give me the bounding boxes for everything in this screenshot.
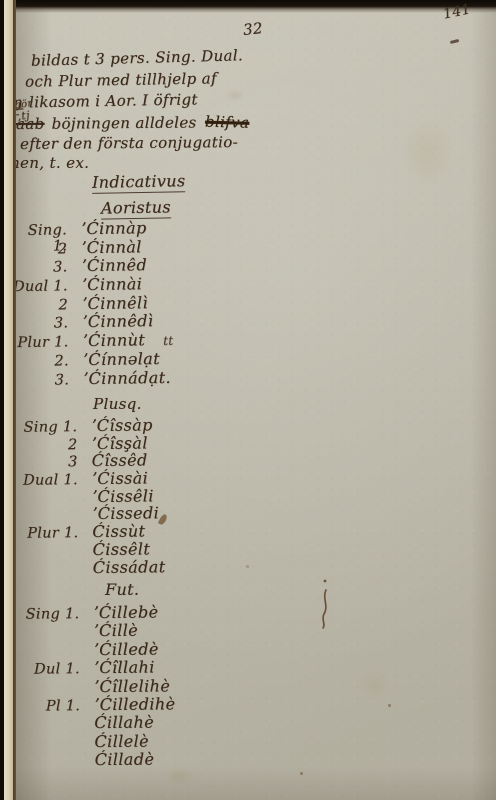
person-number-label: Sing 1. [21,606,79,623]
person-number-label: 3. [9,260,67,277]
verb-form: Ćissêlt [92,539,150,559]
verb-form: Ćilladè [95,750,155,770]
verb-form: ʼĆîllelihè [94,676,170,696]
paradigm-row: 3.ʼĆinnádạt. [11,367,174,388]
verb-form: ʼĆinnài [82,274,143,294]
person-number-label [21,573,79,574]
verb-form: Ćîssêd [92,451,148,471]
paradigm-row: Ćillahè [22,713,175,733]
person-number-label [21,555,79,556]
heading-plusquamperfectum: Plusq. [93,395,142,413]
paradigm-row: ʼĆillè [21,621,174,641]
person-number-label: Dual 1. [10,278,68,295]
verb-form: ʼĆinnêlì [82,293,148,313]
person-number-label [22,729,80,730]
verb-form-annex: tt [163,333,173,348]
manuscript-scan: 141 32 bildas t 3 pers. Sing. Dual. och … [0,0,496,800]
aoristus-paradigm: Sing. 1.ʼĆinnàp2ʼĆinnàl3.ʼĆinnêdDual 1.ʼ… [9,218,174,388]
heading-aoristus: Aoristus [101,197,171,219]
verb-form: ʼĆinnádạt. [83,367,171,387]
paradigm-row: Dul 1.ʼĆîllahi [22,658,175,678]
verb-form: ʼĆinnàp [81,218,147,238]
person-number-label: 2. [11,353,69,370]
verb-form: ʼĆillè [93,621,138,640]
person-number-label [20,520,78,521]
paradigm-row: Dual 1.ʼĆissài [20,468,165,487]
page-edge-shadow-line [13,0,16,800]
verb-form: Ćissùt [92,522,145,542]
paradigm-row: Sing 1.ʼĆîssàp [19,415,164,434]
person-number-label: 3. [11,372,69,389]
paradigm-row: ʼĆilledè [22,639,175,659]
person-number-label [22,692,80,693]
paradigm-row: Sing 1.ʼĆillebè [21,602,174,622]
paradigm-row: 2ʼĆinnàl [9,237,172,258]
verb-form: ʼĆilledihè [94,694,175,714]
verb-form: ʼĆîssàp [91,415,153,435]
struck-word: aab [16,115,45,133]
paradigm-row: Ćissêlt [20,539,165,558]
stain-spot [164,766,194,786]
person-number-label [20,502,78,503]
paradigm-row: 2.ʼĆínnəlạt [11,349,174,370]
intro-line: bildas t 3 pers. Sing. Dual. [31,46,243,70]
paradigm-row: Ćillelè [22,731,175,751]
paradigm-row: Plur 1.Ćissùt [20,521,165,540]
person-number-label: 2 [9,241,67,258]
verb-form: ʼĆîllahi [94,658,155,678]
intro-line: aabböjningen alldelesblifva [16,113,249,133]
verb-form: ʼĆínnəlạt [83,349,160,369]
person-number-label: Dul 1. [22,661,80,678]
paradigm-row: Sing. 1.ʼĆinnàp [9,218,172,239]
person-number-label: 3. [10,316,68,333]
intro-line-text: likasom i Aor. I öfrigt [29,90,198,111]
verb-form: Ćissádat [93,557,166,577]
verb-form: ʼĆinnùt [82,330,145,350]
binding-spine [0,0,4,800]
person-number-label [22,637,80,638]
person-number-label [23,765,81,766]
heading-indicativus: Indicativus [92,171,186,194]
verb-form: ʼĆinnêd [81,256,147,276]
paper-speck [246,565,249,568]
paradigm-row: Dual 1.ʼĆinnài [10,274,173,295]
verb-form: ʼĆillebè [93,602,158,622]
stain-spot [400,115,456,189]
intro-line-text: böjningen alldeles [51,113,196,132]
paradigm-row: ʼĆissedi [20,504,165,523]
verb-form: ʼĆinnàl [81,237,142,257]
paradigm-row: 3Ćîssêd [20,451,165,470]
page-number: 32 [242,19,264,39]
paradigm-row: Pl 1.ʼĆilledihè [22,694,175,714]
intro-line: efter den första conjugatio- [20,133,238,153]
verb-form: Ćillahè [94,713,154,733]
paradigm-row: Ćissádat [21,557,166,576]
futurum-paradigm: Sing 1.ʼĆillebèʼĆillèʼĆilledèDul 1.ʼĆîll… [21,602,176,769]
paper-speck [300,772,303,775]
person-number-label [23,747,81,748]
person-number-label: Pl 1. [22,698,80,715]
intro-line: nlikasom i Aor. I öfrigt [13,90,198,111]
paradigm-row: ʼĆissêli [20,486,165,505]
verb-form: ʼĆissedi [92,504,159,524]
ink-squiggle-mark [316,578,332,634]
intro-line: nen, t. ex. [10,154,89,172]
person-number-label [22,655,80,656]
book-top-edge [0,0,496,13]
paradigm-row: Plur 1.ʼĆinnùttt [10,330,173,351]
person-number-label: Plur 1. [10,334,68,351]
paper-speck [388,704,391,707]
paradigm-row: 3.ʼĆinnêd [9,255,172,276]
stain-spot [360,670,390,700]
ink-dash-mark [450,39,459,44]
verb-form: ʼĆissài [92,468,149,488]
page-stack-edge [4,0,13,800]
paradigm-row: 3.ʼĆinnêdì [10,311,173,332]
verb-form: ʼĆilledè [94,639,159,659]
heading-futurum: Fut. [105,580,139,599]
struck-word: blifva [204,113,249,132]
paradigm-row: Ćilladè [23,749,176,769]
paradigm-row: 2ʼĆîsşàl [19,433,164,452]
stain-spot [226,88,244,102]
intro-line: och Plur med tillhjelp af [25,69,217,90]
verb-form: ʼĆinnêdì [82,312,153,332]
verb-form: Ćillelè [94,731,149,750]
plusquamperfectum-paradigm: Sing 1.ʼĆîssàp2ʼĆîsşàl3ĆîssêdDual 1.ʼĆis… [19,415,165,576]
paradigm-row: ʼĆîllelihè [22,676,175,696]
person-number-label: 2 [10,297,68,314]
